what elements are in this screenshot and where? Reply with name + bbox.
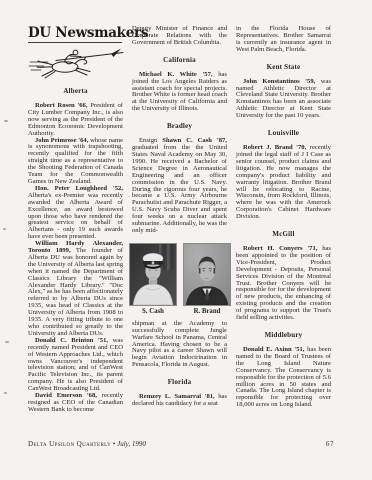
scan-artifact [4, 120, 8, 122]
column-middle: Deputy Minister of Finance and Corporate… [132, 26, 227, 414]
paragraph-shawn-cash-continuation: shipman at the Academy to successfully c… [132, 321, 227, 369]
scan-artifact [4, 392, 7, 394]
paragraph-robert-conyers: Robert H. Conyers '71, has been appointe… [236, 246, 331, 322]
section-heading-florida: Florida [132, 378, 227, 386]
section-heading-alberta: Alberta [28, 87, 123, 95]
photo-r-brand: R. Brand [183, 243, 231, 316]
column-left: DU Newsmakers [28, 26, 123, 414]
footer-separator: • [113, 440, 115, 448]
knight-horse-lance-illustration [28, 45, 125, 81]
paragraph-donald-axinn: Donald E. Axinn '51, has been named to t… [236, 347, 331, 409]
paragraph-john-konstantinos: John Konstantinos '59, was named Athleti… [236, 79, 331, 120]
paragraph-peter-loughheed: Hon. Peter Loughheed '52, Alberta's ex-P… [28, 186, 123, 241]
section-heading-kent-state: Kent State [236, 63, 331, 71]
paragraph-continuation-samarrai: in the Florida House of Representatives.… [236, 26, 331, 54]
paragraph-michael-white: Michael K. White '57, has joined the Los… [132, 72, 227, 113]
journal-title: Delta Upsilon Quarterly [28, 440, 111, 448]
section-heading-middlebury: Middlebury [236, 331, 331, 339]
paragraph-shawn-cash: Ensign Shawn C. Cash '87, graduated from… [132, 138, 227, 235]
paragraph-robert-brand: Robert J. Brand '70, recently joined the… [236, 145, 331, 221]
section-heading-louisville: Louisville [236, 129, 331, 137]
naval-officer-photo [129, 243, 177, 306]
section-heading-mcgill: McGill [236, 230, 331, 238]
masthead-underline [28, 42, 122, 43]
section-heading-bradley: Bradley [132, 122, 227, 130]
scan-artifact [5, 341, 9, 343]
paragraph-remzey-samarrai: Remzey L. Samarrai '81, has declared his… [132, 394, 227, 408]
masthead: DU Newsmakers [28, 26, 123, 81]
paragraph-william-hardy-alexander: William Hardy Alexander, Toronto 1899, T… [28, 241, 123, 338]
column-right: in the Florida House of Representatives.… [236, 26, 331, 414]
man-in-suit-photo [183, 243, 231, 306]
photo-row: S. Cash [129, 243, 232, 316]
issue-date: July, 1990 [117, 440, 146, 448]
magazine-page: DU Newsmakers [0, 0, 372, 480]
section-heading-california: California [132, 56, 227, 64]
article-columns: DU Newsmakers [28, 26, 331, 414]
paragraph-continuation-emerson: Deputy Minister of Finance and Corporate… [132, 26, 227, 47]
page-footer: Delta Upsilon Quarterly • July, 1990 67 [28, 440, 334, 449]
footer-journal-line: Delta Upsilon Quarterly • July, 1990 [28, 440, 146, 449]
paragraph-david-emerson: David Emerson '68, recently resigned as … [28, 393, 123, 414]
page-number: 67 [326, 440, 334, 449]
paragraph-robert-rosen: Robert Rosen '66, President of City Lumb… [28, 103, 123, 138]
scan-artifact [3, 228, 6, 230]
photo-caption-r-brand: R. Brand [183, 308, 231, 316]
photo-s-cash: S. Cash [129, 243, 177, 316]
paragraph-donald-brinton: Donald C. Brinton '51, was recently name… [28, 338, 123, 393]
paragraph-john-primrose: John Primrose '64, whose name is synonom… [28, 138, 123, 186]
masthead-title: DU Newsmakers [28, 26, 123, 41]
photo-caption-s-cash: S. Cash [129, 308, 177, 316]
